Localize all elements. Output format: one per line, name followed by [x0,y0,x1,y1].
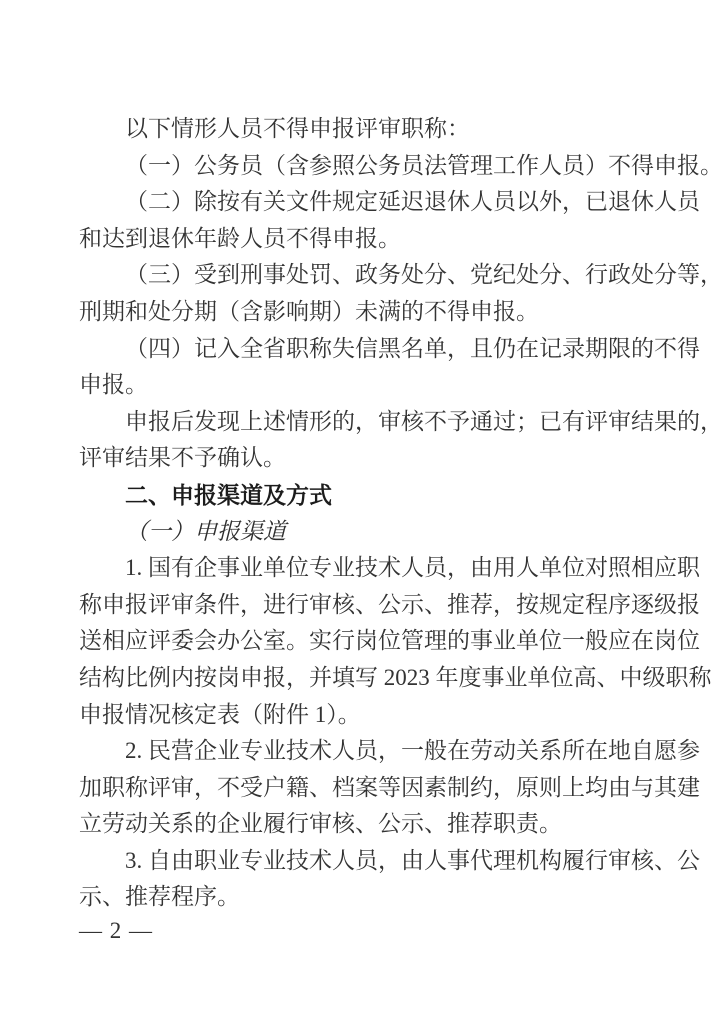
page-number: — 2 — [79,916,153,946]
clause-3-line: 刑期和处分期（含影响期）未满的不得申报。 [79,294,657,331]
item-1-line: 称申报评审条件，进行审核、公示、推荐，按规定程序逐级报 [79,587,657,624]
item-2-line: 2. 民营企业专业技术人员，一般在劳动关系所在地自愿参 [79,733,657,770]
item-1-line: 1. 国有企事业单位专业技术人员，由用人单位对照相应职 [79,550,657,587]
item-3-line: 示、推荐程序。 [79,879,657,916]
paragraph-line: 评审结果不予确认。 [79,440,657,477]
item-2-line: 加职称评审，不受户籍、档案等因素制约，原则上均由与其建 [79,770,657,807]
clause-1-line: （一）公务员（含参照公务员法管理工作人员）不得申报。 [79,148,657,185]
paragraph-line: 申报后发现上述情形的，审核不予通过；已有评审结果的， [79,404,657,441]
item-1-line: 申报情况核定表（附件 1）。 [79,697,657,734]
document-page: 以下情形人员不得申报评审职称： （一）公务员（含参照公务员法管理工作人员）不得申… [0,0,724,1024]
clause-2-line: 和达到退休年龄人员不得申报。 [79,221,657,258]
clause-4-line: 申报。 [79,367,657,404]
paragraph-line: 以下情形人员不得申报评审职称： [79,111,657,148]
clause-3-line: （三）受到刑事处罚、政务处分、党纪处分、行政处分等， [79,257,657,294]
clause-4-line: （四）记入全省职称失信黑名单，且仍在记录期限的不得 [79,331,657,368]
item-2-line: 立劳动关系的企业履行审核、公示、推荐职责。 [79,806,657,843]
item-1-line: 送相应评委会办公室。实行岗位管理的事业单位一般应在岗位 [79,623,657,660]
document-body: 以下情形人员不得申报评审职称： （一）公务员（含参照公务员法管理工作人员）不得申… [79,111,657,916]
item-3-line: 3. 自由职业专业技术人员，由人事代理机构履行审核、公 [79,843,657,880]
section-subheading: （一）申报渠道 [79,514,657,551]
item-1-line: 结构比例内按岗申报，并填写 2023 年度事业单位高、中级职称 [79,660,657,697]
clause-2-line: （二）除按有关文件规定延迟退休人员以外，已退休人员 [79,184,657,221]
section-heading: 二、申报渠道及方式 [79,477,657,514]
